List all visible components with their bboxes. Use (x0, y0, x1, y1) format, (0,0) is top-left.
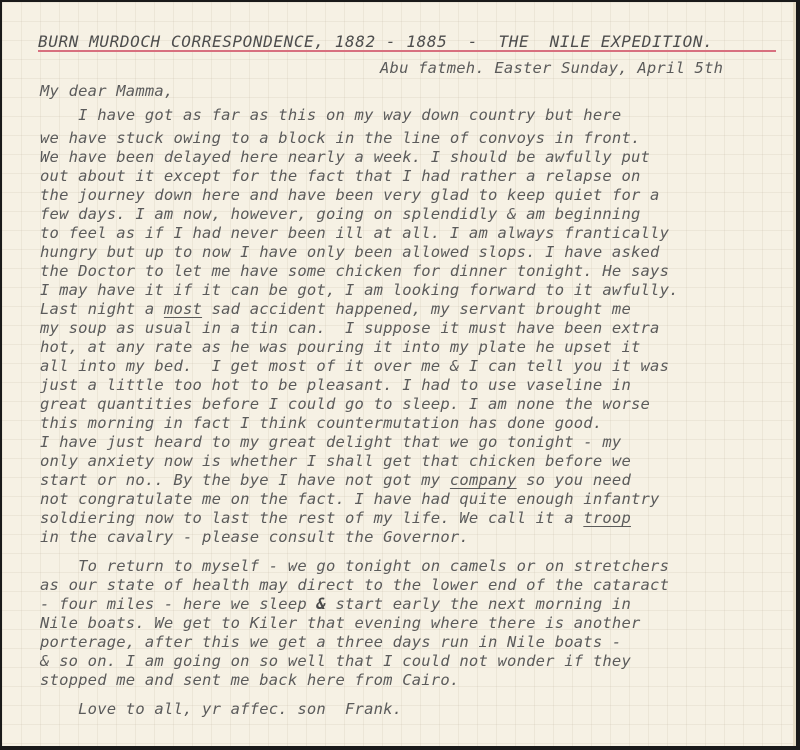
letter-line: I have got as far as this on my way down… (40, 106, 621, 124)
underlined-word-company: company (450, 471, 517, 489)
line-text: start early the next morning in (326, 595, 631, 613)
letter-line: We have been delayed here nearly a week.… (40, 148, 650, 166)
letter-line: this morning in fact I think countermuta… (40, 414, 602, 432)
letter-line: I may have it if it can be got, I am loo… (40, 281, 679, 299)
line-text: start or no.. By the bye I have not got … (40, 471, 450, 489)
letter-line: not congratulate me on the fact. I have … (40, 490, 660, 508)
letter-line: porterage, after this we get a three day… (40, 633, 621, 651)
line-text: so you need (517, 471, 631, 489)
letter-line: my soup as usual in a tin can. I suppose… (40, 319, 660, 337)
letter-line: - four miles - here we sleep & start ear… (40, 595, 631, 613)
line-text: Last night a (40, 300, 164, 318)
letter-line: Last night a most sad accident happened,… (40, 300, 631, 318)
letter-line: just a little too hot to be pleasant. I … (40, 376, 631, 394)
letter-line: hot, at any rate as he was pouring it in… (40, 338, 641, 356)
letter-line: soldiering now to last the rest of my li… (40, 509, 631, 527)
underlined-word-troop: troop (583, 509, 631, 527)
letter-line: I have just heard to my great delight th… (40, 433, 621, 451)
closing-line: Love to all, yr affec. son Frank. (40, 700, 402, 718)
letter-line: out about it except for the fact that I … (40, 167, 641, 185)
letter-line: to feel as if I had never been ill at al… (40, 224, 669, 242)
letter-line: Nile boats. We get to Kiler that evening… (40, 614, 641, 632)
salutation: My dear Mamma, (40, 82, 173, 100)
line-text: soldiering now to last the rest of my li… (40, 509, 583, 527)
document-heading: BURN MURDOCH CORRESPONDENCE, 1882 - 1885… (38, 32, 713, 51)
letter-line: & so on. I am going on so well that I co… (40, 652, 631, 670)
heading-red-rule (38, 50, 776, 52)
line-text: - four miles - here we sleep (40, 595, 316, 613)
letter-line: start or no.. By the bye I have not got … (40, 471, 631, 489)
line-text: sad accident happened, my servant brough… (202, 300, 631, 318)
letter-line: all into my bed. I get most of it over m… (40, 357, 669, 375)
letter-line: as our state of health may direct to the… (40, 576, 669, 594)
overstruck-ampersand: & (316, 595, 326, 613)
dateline: Abu fatmeh. Easter Sunday, April 5th (380, 59, 723, 77)
letter-line: the journey down here and have been very… (40, 186, 660, 204)
letter-line: we have stuck owing to a block in the li… (40, 129, 641, 147)
letter-line: only anxiety now is whether I shall get … (40, 452, 631, 470)
letter-line: hungry but up to now I have only been al… (40, 243, 660, 261)
letter-line: To return to myself - we go tonight on c… (40, 557, 669, 575)
letter-line: great quantities before I could go to sl… (40, 395, 650, 413)
letter-page: BURN MURDOCH CORRESPONDENCE, 1882 - 1885… (2, 2, 796, 746)
letter-line: stopped me and sent me back here from Ca… (40, 671, 459, 689)
letter-line: few days. I am now, however, going on sp… (40, 205, 641, 223)
underlined-word-most: most (164, 300, 202, 318)
letter-line: in the cavalry - please consult the Gove… (40, 528, 469, 546)
letter-line: the Doctor to let me have some chicken f… (40, 262, 669, 280)
